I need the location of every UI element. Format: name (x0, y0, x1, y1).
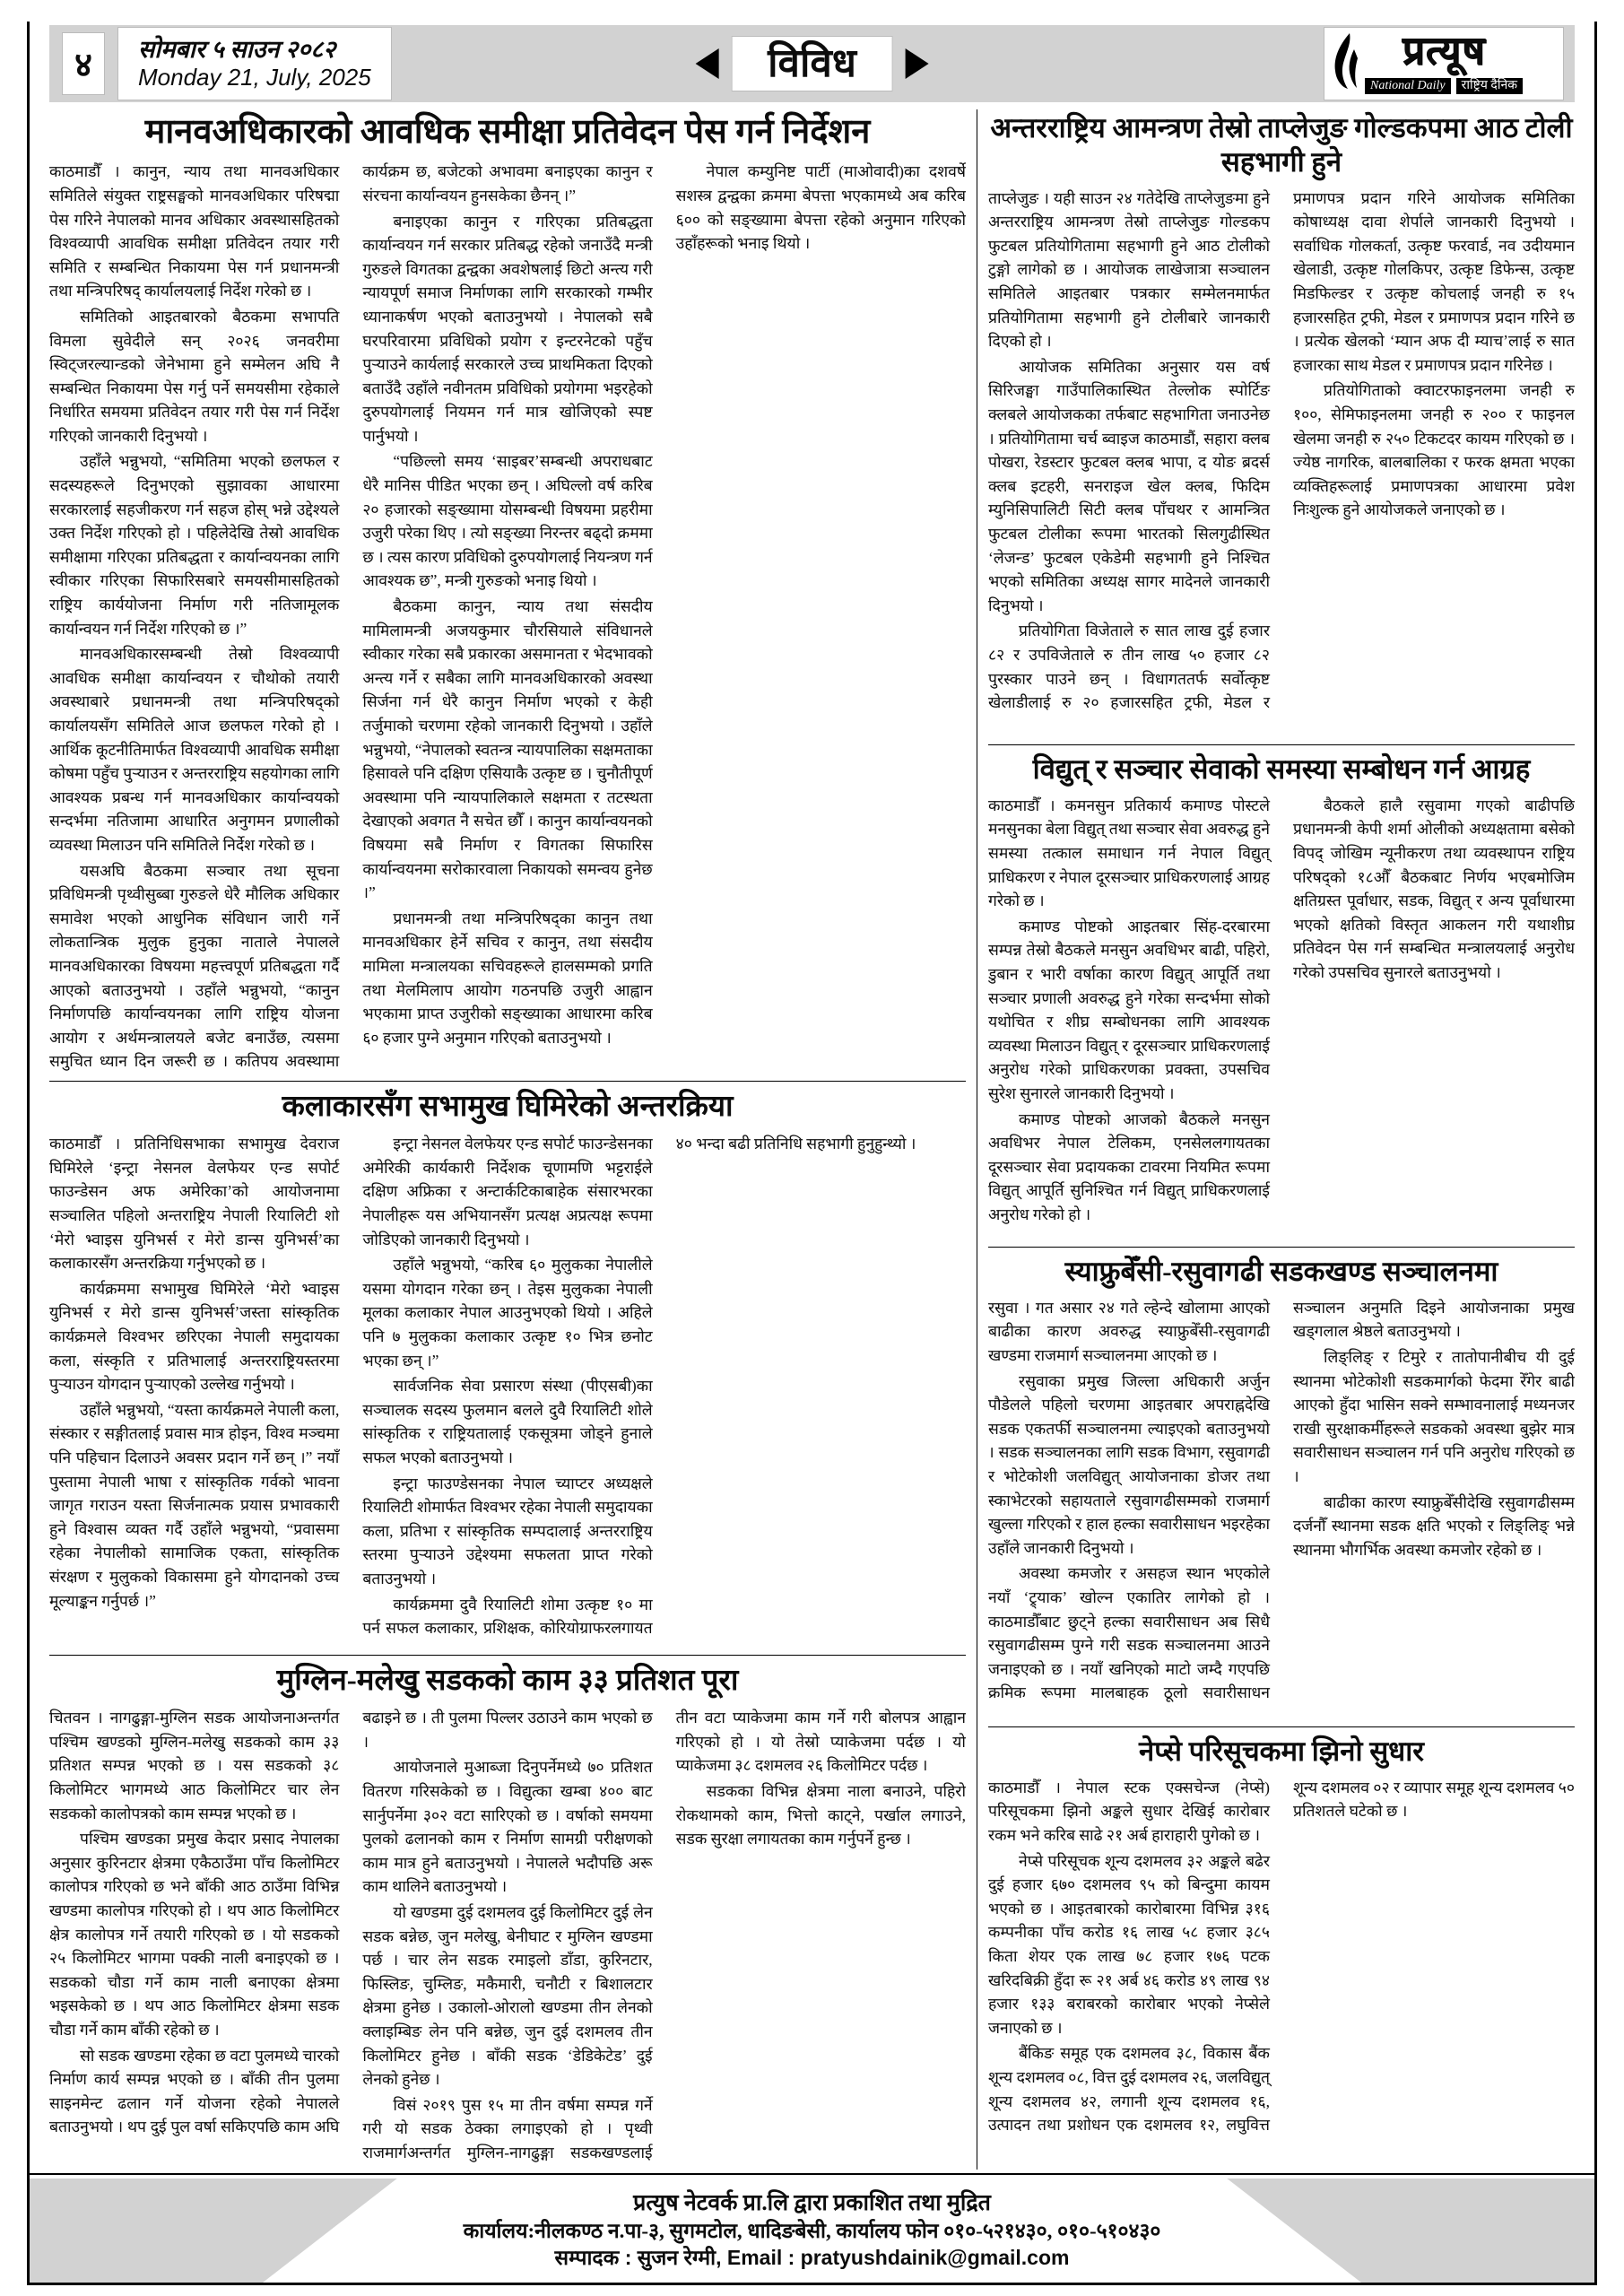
right-triangle-icon (906, 48, 929, 79)
paragraph: नेप्से परिसूचक शून्य दशमलव ३२ अङ्कले बढे… (988, 1849, 1270, 2040)
masthead: ४ सोमबार ५ साउन २०८२ Monday 21, July, 20… (49, 25, 1575, 102)
paragraph: रसुवा । गत असार २४ गते ल्हेन्दे खोलामा आ… (988, 1296, 1270, 1368)
page-frame: ४ सोमबार ५ साउन २०८२ Monday 21, July, 20… (27, 22, 1597, 2285)
logo-subtitle-nepali: राष्ट्रिय दैनिक (1456, 78, 1523, 94)
paragraph: काठमाडौँ । कानुन, न्याय तथा मानवअधिकार स… (49, 160, 339, 303)
date-box: सोमबार ५ साउन २०८२ Monday 21, July, 2025 (117, 27, 392, 100)
headline-utilities: विद्युत् र सञ्चार सेवाको समस्या सम्बोधन … (988, 752, 1575, 787)
paragraph: ताप्लेजुङ । यही साउन २४ गतेदेखि ताप्लेजु… (988, 187, 1270, 353)
imprint-plate: प्रत्युष नेटवर्क प्रा.लि द्वारा प्रकाशित… (202, 2179, 1422, 2283)
paragraph: बाढीका कारण स्याफ्रुबेँसीदेखि रसुवागढीसम… (1293, 1491, 1575, 1562)
paragraph: काठमाडौँ । नेपाल स्टक एक्सचेन्ज (नेप्से)… (988, 1776, 1270, 1848)
headline-goldcup: अन्तरराष्ट्रिय आमन्त्रण तेस्रो ताप्लेजुङ… (988, 111, 1575, 179)
paragraph: रसुवाका प्रमुख जिल्ला अधिकारी अर्जुन पौड… (988, 1370, 1270, 1561)
article-body: काठमाडौँ । प्रतिनिधिसभाका सभामुख देवराज … (49, 1132, 966, 1648)
section-title: विविध (768, 41, 856, 85)
imprint-publisher: प्रत्युष नेटवर्क प्रा.लि द्वारा प्रकाशित… (633, 2190, 991, 2217)
article-muglin-road: मुग्लिन-मलेखु सडकको काम ३३ प्रतिशत पूरा … (49, 1661, 966, 2170)
paragraph: प्रधानमन्त्री तथा मन्त्रिपरिषद्का कानुन … (362, 907, 652, 1050)
logo-subtitle-english: National Daily (1365, 78, 1451, 94)
article-human-rights: मानवअधिकारको आवधिक समीक्षा प्रतिवेदन पेस… (49, 109, 966, 1074)
paragraph: नेपाल कम्युनिष्ट पार्टी (माओवादी)का दशवर… (676, 160, 966, 255)
page-footer: प्रत्युष नेटवर्क प्रा.लि द्वारा प्रकाशित… (30, 2170, 1594, 2283)
logo-flame-icon (1330, 31, 1360, 91)
page-number-box: ४ (62, 32, 105, 95)
paragraph: पश्चिम खण्डका प्रमुख केदार प्रसाद नेपालक… (49, 1827, 339, 2041)
paragraph: इन्ट्रा फाउण्डेसनका नेपाल च्याप्टर अध्यक… (362, 1472, 652, 1591)
paragraph: आयोजक समितिका अनुसार यस वर्ष सिरिजङ्घा ग… (988, 355, 1270, 618)
logo-strips: National Daily राष्ट्रिय दैनिक (1328, 78, 1559, 94)
paragraph: उहाँले भन्नुभयो, “करिब ६० मुलुकका नेपाली… (362, 1253, 652, 1372)
paragraph: इन्ट्रा नेसनल वेलफेयर एन्ड सपोर्ट फाउन्ड… (362, 1132, 652, 1251)
horizontal-divider (988, 1247, 1575, 1248)
paragraph: बनाइएका कानुन र गरिएका प्रतिबद्धता कार्य… (362, 210, 652, 448)
paragraph: सडकका विभिन्न क्षेत्रमा नाला बनाउने, पहि… (676, 1779, 966, 1851)
paragraph: प्रतियोगिताको क्वाटरफाइनलमा जनही रु १००,… (1293, 378, 1575, 522)
footer-band: प्रत्युष नेटवर्क प्रा.लि द्वारा प्रकाशित… (30, 2179, 1594, 2283)
paragraph: समितिको आइतबारको बैठकमा सभापति विमला सुव… (49, 305, 339, 448)
article-body: चितवन । नागढुङ्गा-मुग्लिन सडक आयोजनाअन्त… (49, 1706, 966, 2170)
article-body: काठमाडौँ । नेपाल स्टक एक्सचेन्ज (नेप्से)… (988, 1776, 1575, 2170)
article-utilities: विद्युत् र सञ्चार सेवाको समस्या सम्बोधन … (988, 751, 1575, 1239)
left-triangle-icon (695, 48, 718, 79)
paragraph: काठमाडौँ । कमनसुन प्रतिकार्य कमाण्ड पोस्… (988, 794, 1270, 913)
footer-rule (30, 2173, 1594, 2175)
main-content: मानवअधिकारको आवधिक समीक्षा प्रतिवेदन पेस… (49, 109, 1575, 2170)
paragraph: उहाँले भन्नुभयो, “समितिमा भएको छलफल र सद… (49, 449, 339, 640)
page-number: ४ (74, 40, 92, 87)
article-artists: कलाकारसँग सभामुख घिमिरेको अन्तरक्रिया का… (49, 1087, 966, 1648)
horizontal-divider (988, 744, 1575, 745)
article-body: काठमाडौँ । कमनसुन प्रतिकार्य कमाण्ड पोस्… (988, 794, 1575, 1239)
headline-rasuwa-road: स्याफ्रुबेँसी-रसुवागढी सडकखण्ड सञ्चालनमा (988, 1255, 1575, 1289)
paragraph: बैठकमा कानुन, न्याय तथा संसदीय मामिलामन्… (362, 595, 652, 905)
paragraph: आयोजनाले मुआब्जा दिनुपर्नेमध्ये ७० प्रति… (362, 1755, 652, 1899)
paragraph: कार्यक्रममा सभामुख घिमिरेले ‘मेरो भ्वाइस… (49, 1277, 339, 1396)
article-body: ताप्लेजुङ । यही साउन २४ गतेदेखि ताप्लेजु… (988, 187, 1575, 737)
newspaper-page: ४ सोमबार ५ साउन २०८२ Monday 21, July, 20… (0, 0, 1624, 2296)
paragraph: कमाण्ड पोष्टको आजको बैठकले मनसुन अवधिभर … (988, 1108, 1270, 1227)
imprint-office: कार्यालय:नीलकण्ठ न.पा-३, सुगमटोल, धादिङब… (464, 2219, 1161, 2244)
paragraph: कमाण्ड पोष्टको आइतबार सिंह-दरबारमा सम्पन… (988, 915, 1270, 1106)
section-title-box: विविध (731, 36, 893, 91)
imprint-editor-email: सम्पादक : सुजन रेग्मी, Email : pratyushd… (555, 2246, 1070, 2271)
headline-human-rights: मानवअधिकारको आवधिक समीक्षा प्रतिवेदन पेस… (49, 111, 966, 152)
paragraph: सार्वजनिक सेवा प्रसारण संस्था (पीएसबी)का… (362, 1374, 652, 1469)
horizontal-divider (49, 1081, 966, 1082)
article-rasuwa-road: स्याफ्रुबेँसी-रसुवागढी सडकखण्ड सञ्चालनमा… (988, 1253, 1575, 1719)
paragraph: लिङ्लिङ् र टिमुरे र तातोपानीबीच यी दुई स… (1293, 1345, 1575, 1489)
article-goldcup: अन्तरराष्ट्रिय आमन्त्रण तेस्रो ताप्लेजुङ… (988, 109, 1575, 737)
article-nepse: नेप्से परिसूचकमा झिनो सुधार काठमाडौँ । न… (988, 1733, 1575, 2170)
vertical-divider (977, 109, 977, 2170)
section-title-wrap: विविध (695, 36, 929, 91)
paragraph: चितवन । नागढुङ्गा-मुग्लिन सडक आयोजनाअन्त… (49, 1706, 339, 1825)
paragraph: यो खण्डमा दुई दशमलव दुई किलोमिटर दुई लेन… (362, 1900, 652, 2092)
article-body: काठमाडौँ । कानुन, न्याय तथा मानवअधिकार स… (49, 160, 966, 1074)
logo-title: प्रत्यूष (1328, 33, 1559, 69)
paragraph: मानवअधिकारसम्बन्धी तेस्रो विश्वव्यापी आव… (49, 642, 339, 857)
headline-artists: कलाकारसँग सभामुख घिमिरेको अन्तरक्रिया (49, 1089, 966, 1125)
article-body: रसुवा । गत असार २४ गते ल्हेन्दे खोलामा आ… (988, 1296, 1575, 1719)
date-english: Monday 21, July, 2025 (138, 64, 371, 91)
headline-nepse: नेप्से परिसूचकमा झिनो सुधार (988, 1735, 1575, 1769)
left-region: मानवअधिकारको आवधिक समीक्षा प्रतिवेदन पेस… (49, 109, 966, 2170)
paragraph: “पछिल्लो समय ‘साइबर’सम्बन्धी अपराधबाट धे… (362, 449, 652, 593)
headline-muglin-road: मुग्लिन-मलेखु सडकको काम ३३ प्रतिशत पूरा (49, 1663, 966, 1699)
horizontal-divider (988, 1726, 1575, 1727)
right-region: अन्तरराष्ट्रिय आमन्त्रण तेस्रो ताप्लेजुङ… (988, 109, 1575, 2170)
newspaper-logo: प्रत्यूष National Daily राष्ट्रिय दैनिक (1324, 27, 1564, 100)
paragraph: बैठकले हालै रसुवामा गएको बाढीपछि प्रधानम… (1293, 794, 1575, 985)
date-nepali: सोमबार ५ साउन २०८२ (138, 36, 371, 64)
paragraph: काठमाडौँ । प्रतिनिधिसभाका सभामुख देवराज … (49, 1132, 339, 1275)
horizontal-divider (49, 1655, 966, 1656)
paragraph: उहाँले भन्नुभयो, “यस्ता कार्यक्रमले नेपा… (49, 1398, 339, 1613)
